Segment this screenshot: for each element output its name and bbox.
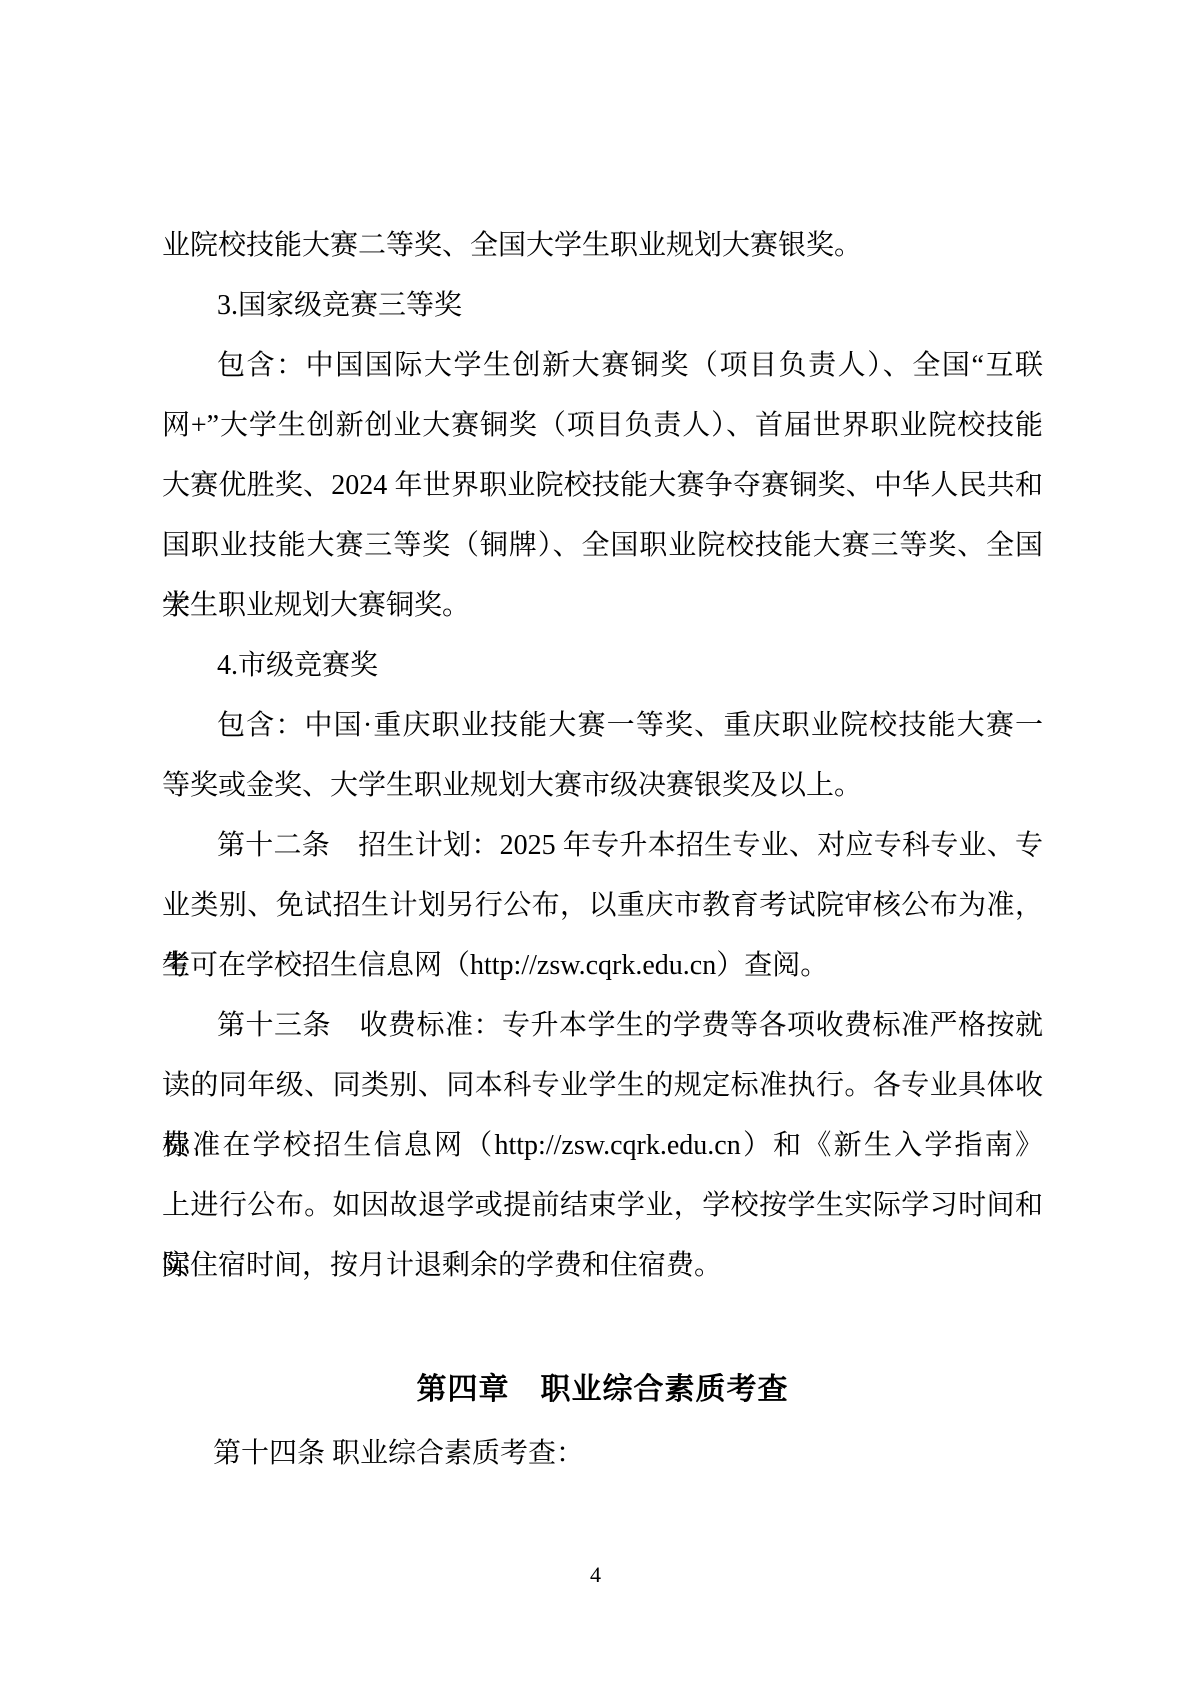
body-text-line: 第十三条 收费标准：专升本学生的学费等各项收费标准严格按就 bbox=[162, 996, 1043, 1056]
body-text-line: 包含：中国·重庆职业技能大赛一等奖、重庆职业院校技能大赛一 bbox=[162, 696, 1043, 756]
body-text-line: 上进行公布。如因故退学或提前结束学业，学校按学生实际学习时间和实 bbox=[162, 1176, 1043, 1236]
body-text-line: 包含：中国国际大学生创新大赛铜奖（项目负责人）、全国“互联 bbox=[162, 336, 1043, 396]
body-text-line: 学生职业规划大赛铜奖。 bbox=[162, 576, 1043, 636]
body-text-line: 3.国家级竞赛三等奖 bbox=[162, 276, 1043, 336]
body-text-line: 等奖或金奖、大学生职业规划大赛市级决赛银奖及以上。 bbox=[162, 756, 1043, 816]
article-14-line: 第十四条 职业综合素质考查： bbox=[162, 1424, 1043, 1484]
body-text-line: 生可在学校招生信息网（http://zsw.cqrk.edu.cn）查阅。 bbox=[162, 936, 1043, 996]
body-text-line: 读的同年级、同类别、同本科专业学生的规定标准执行。各专业具体收费 bbox=[162, 1056, 1043, 1116]
body-text-line: 国职业技能大赛三等奖（铜牌）、全国职业院校技能大赛三等奖、全国大 bbox=[162, 516, 1043, 576]
page-number: 4 bbox=[0, 1560, 1191, 1590]
body-text-line: 第十二条 招生计划：2025 年专升本招生专业、对应专科专业、专 bbox=[162, 816, 1043, 876]
body-text-line: 际住宿时间，按月计退剩余的学费和住宿费。 bbox=[162, 1236, 1043, 1296]
body-text-line: 网+”大学生创新创业大赛铜奖（项目负责人）、首届世界职业院校技能 bbox=[162, 396, 1043, 456]
chapter-heading: 第四章 职业综合素质考查 bbox=[162, 1356, 1043, 1424]
document-page: 业院校技能大赛二等奖、全国大学生职业规划大赛银奖。 3.国家级竞赛三等奖 包含：… bbox=[0, 0, 1191, 1684]
body-text-line: 标准在学校招生信息网（http://zsw.cqrk.edu.cn）和《新生入学… bbox=[162, 1116, 1043, 1176]
blank-line bbox=[162, 1296, 1043, 1356]
body-text-line: 业院校技能大赛二等奖、全国大学生职业规划大赛银奖。 bbox=[162, 216, 1043, 276]
document-text-block: 业院校技能大赛二等奖、全国大学生职业规划大赛银奖。 3.国家级竞赛三等奖 包含：… bbox=[162, 216, 1043, 1484]
body-text-line: 大赛优胜奖、2024 年世界职业院校技能大赛争夺赛铜奖、中华人民共和 bbox=[162, 456, 1043, 516]
body-text-line: 业类别、免试招生计划另行公布，以重庆市教育考试院审核公布为准，考 bbox=[162, 876, 1043, 936]
body-text-line: 4.市级竞赛奖 bbox=[162, 636, 1043, 696]
